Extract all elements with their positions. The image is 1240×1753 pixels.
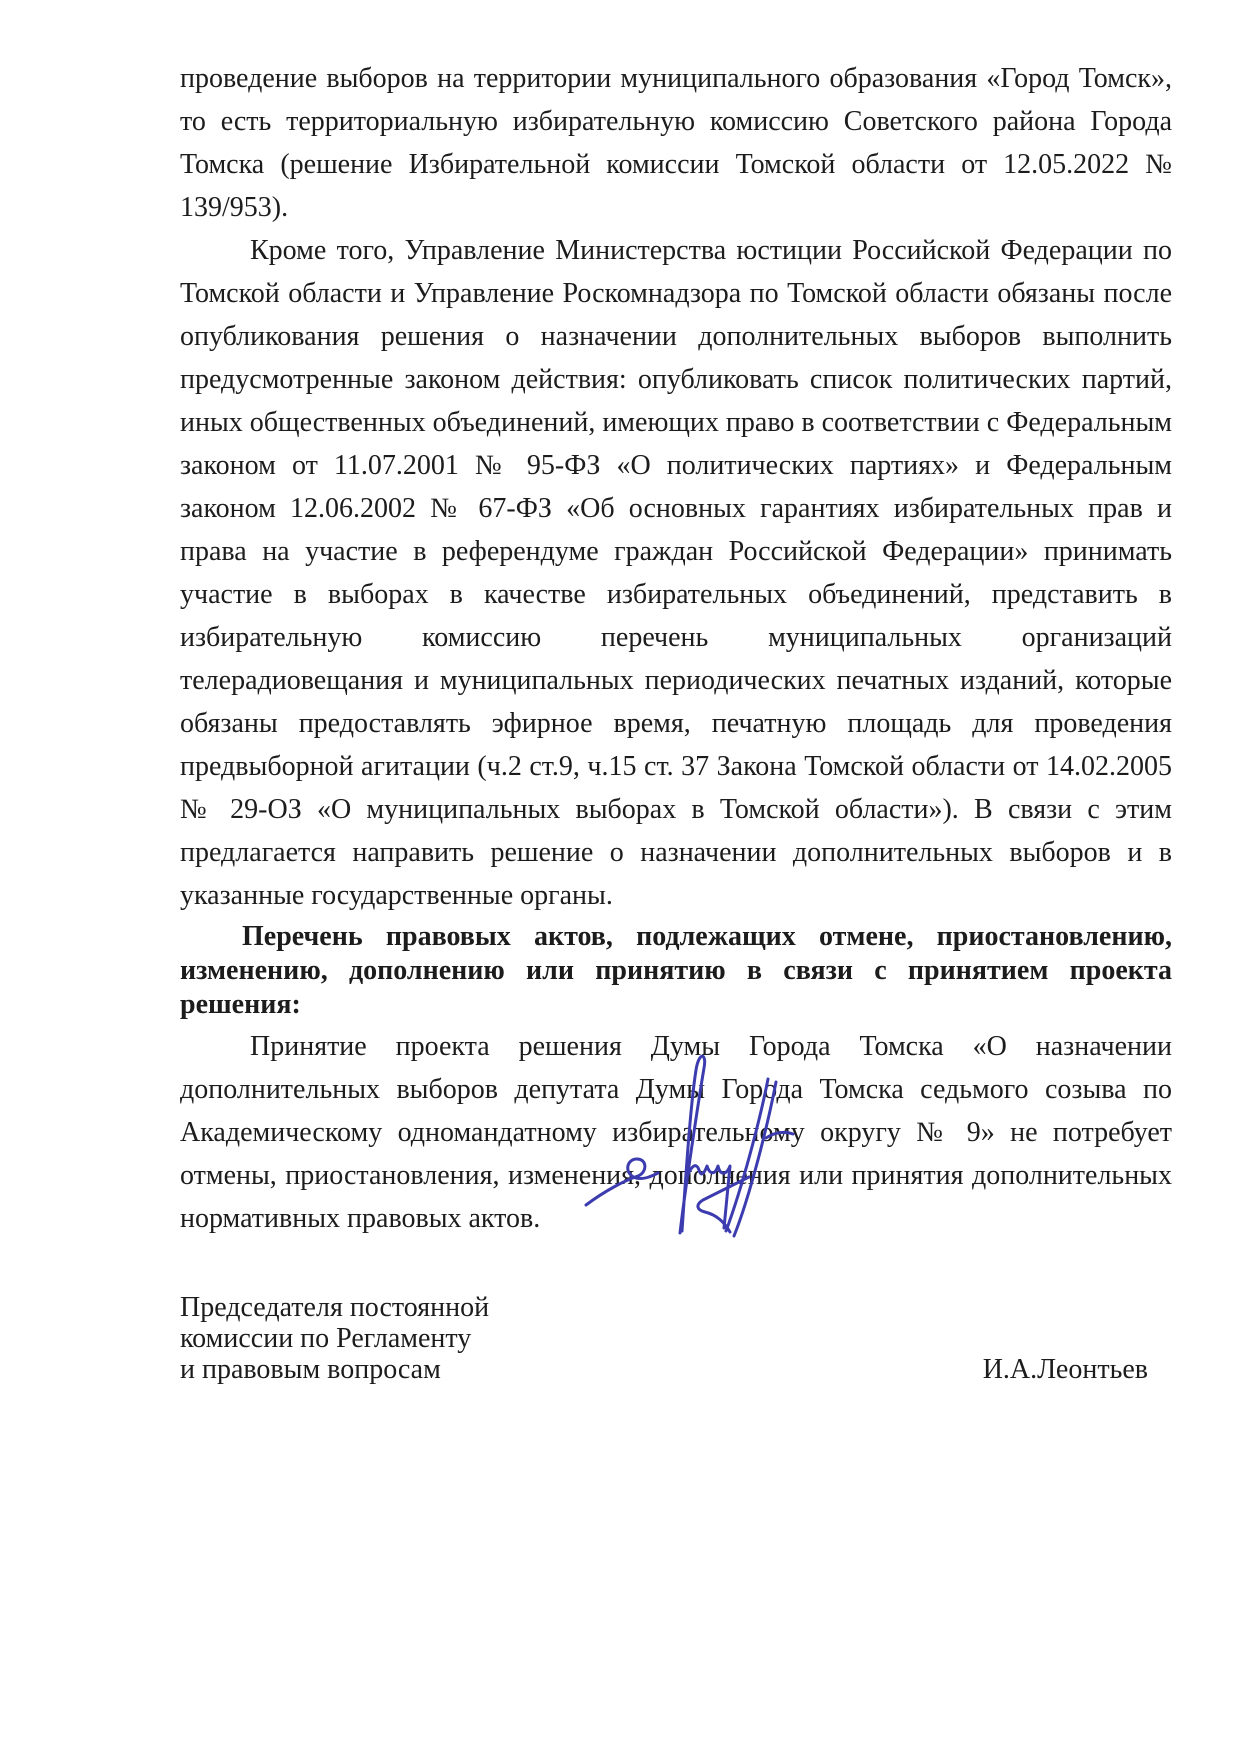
- signature-stroke-slash-right: [734, 1082, 776, 1236]
- signature-stroke-dash: [766, 1132, 793, 1138]
- signatory-name: И.А.Леонтьев: [983, 1354, 1148, 1385]
- legal-acts-heading: Перечень правовых актов, подлежащих отме…: [180, 920, 1172, 1022]
- signature-stroke-flourish: [586, 1159, 658, 1205]
- paragraph-obligations: Кроме того, Управление Министерства юсти…: [180, 229, 1172, 917]
- signature-stroke-loop: [680, 1056, 705, 1233]
- paragraph-continuation: проведение выборов на территории муницип…: [180, 57, 1172, 229]
- document-page: проведение выборов на территории муницип…: [0, 0, 1240, 1753]
- handwritten-signature: [520, 1028, 840, 1268]
- signature-section: Председателя постоянной комиссии по Регл…: [180, 1292, 1172, 1385]
- signatory-position: Председателя постоянной комиссии по Регл…: [180, 1292, 489, 1385]
- signature-stroke-slash-left: [726, 1079, 768, 1231]
